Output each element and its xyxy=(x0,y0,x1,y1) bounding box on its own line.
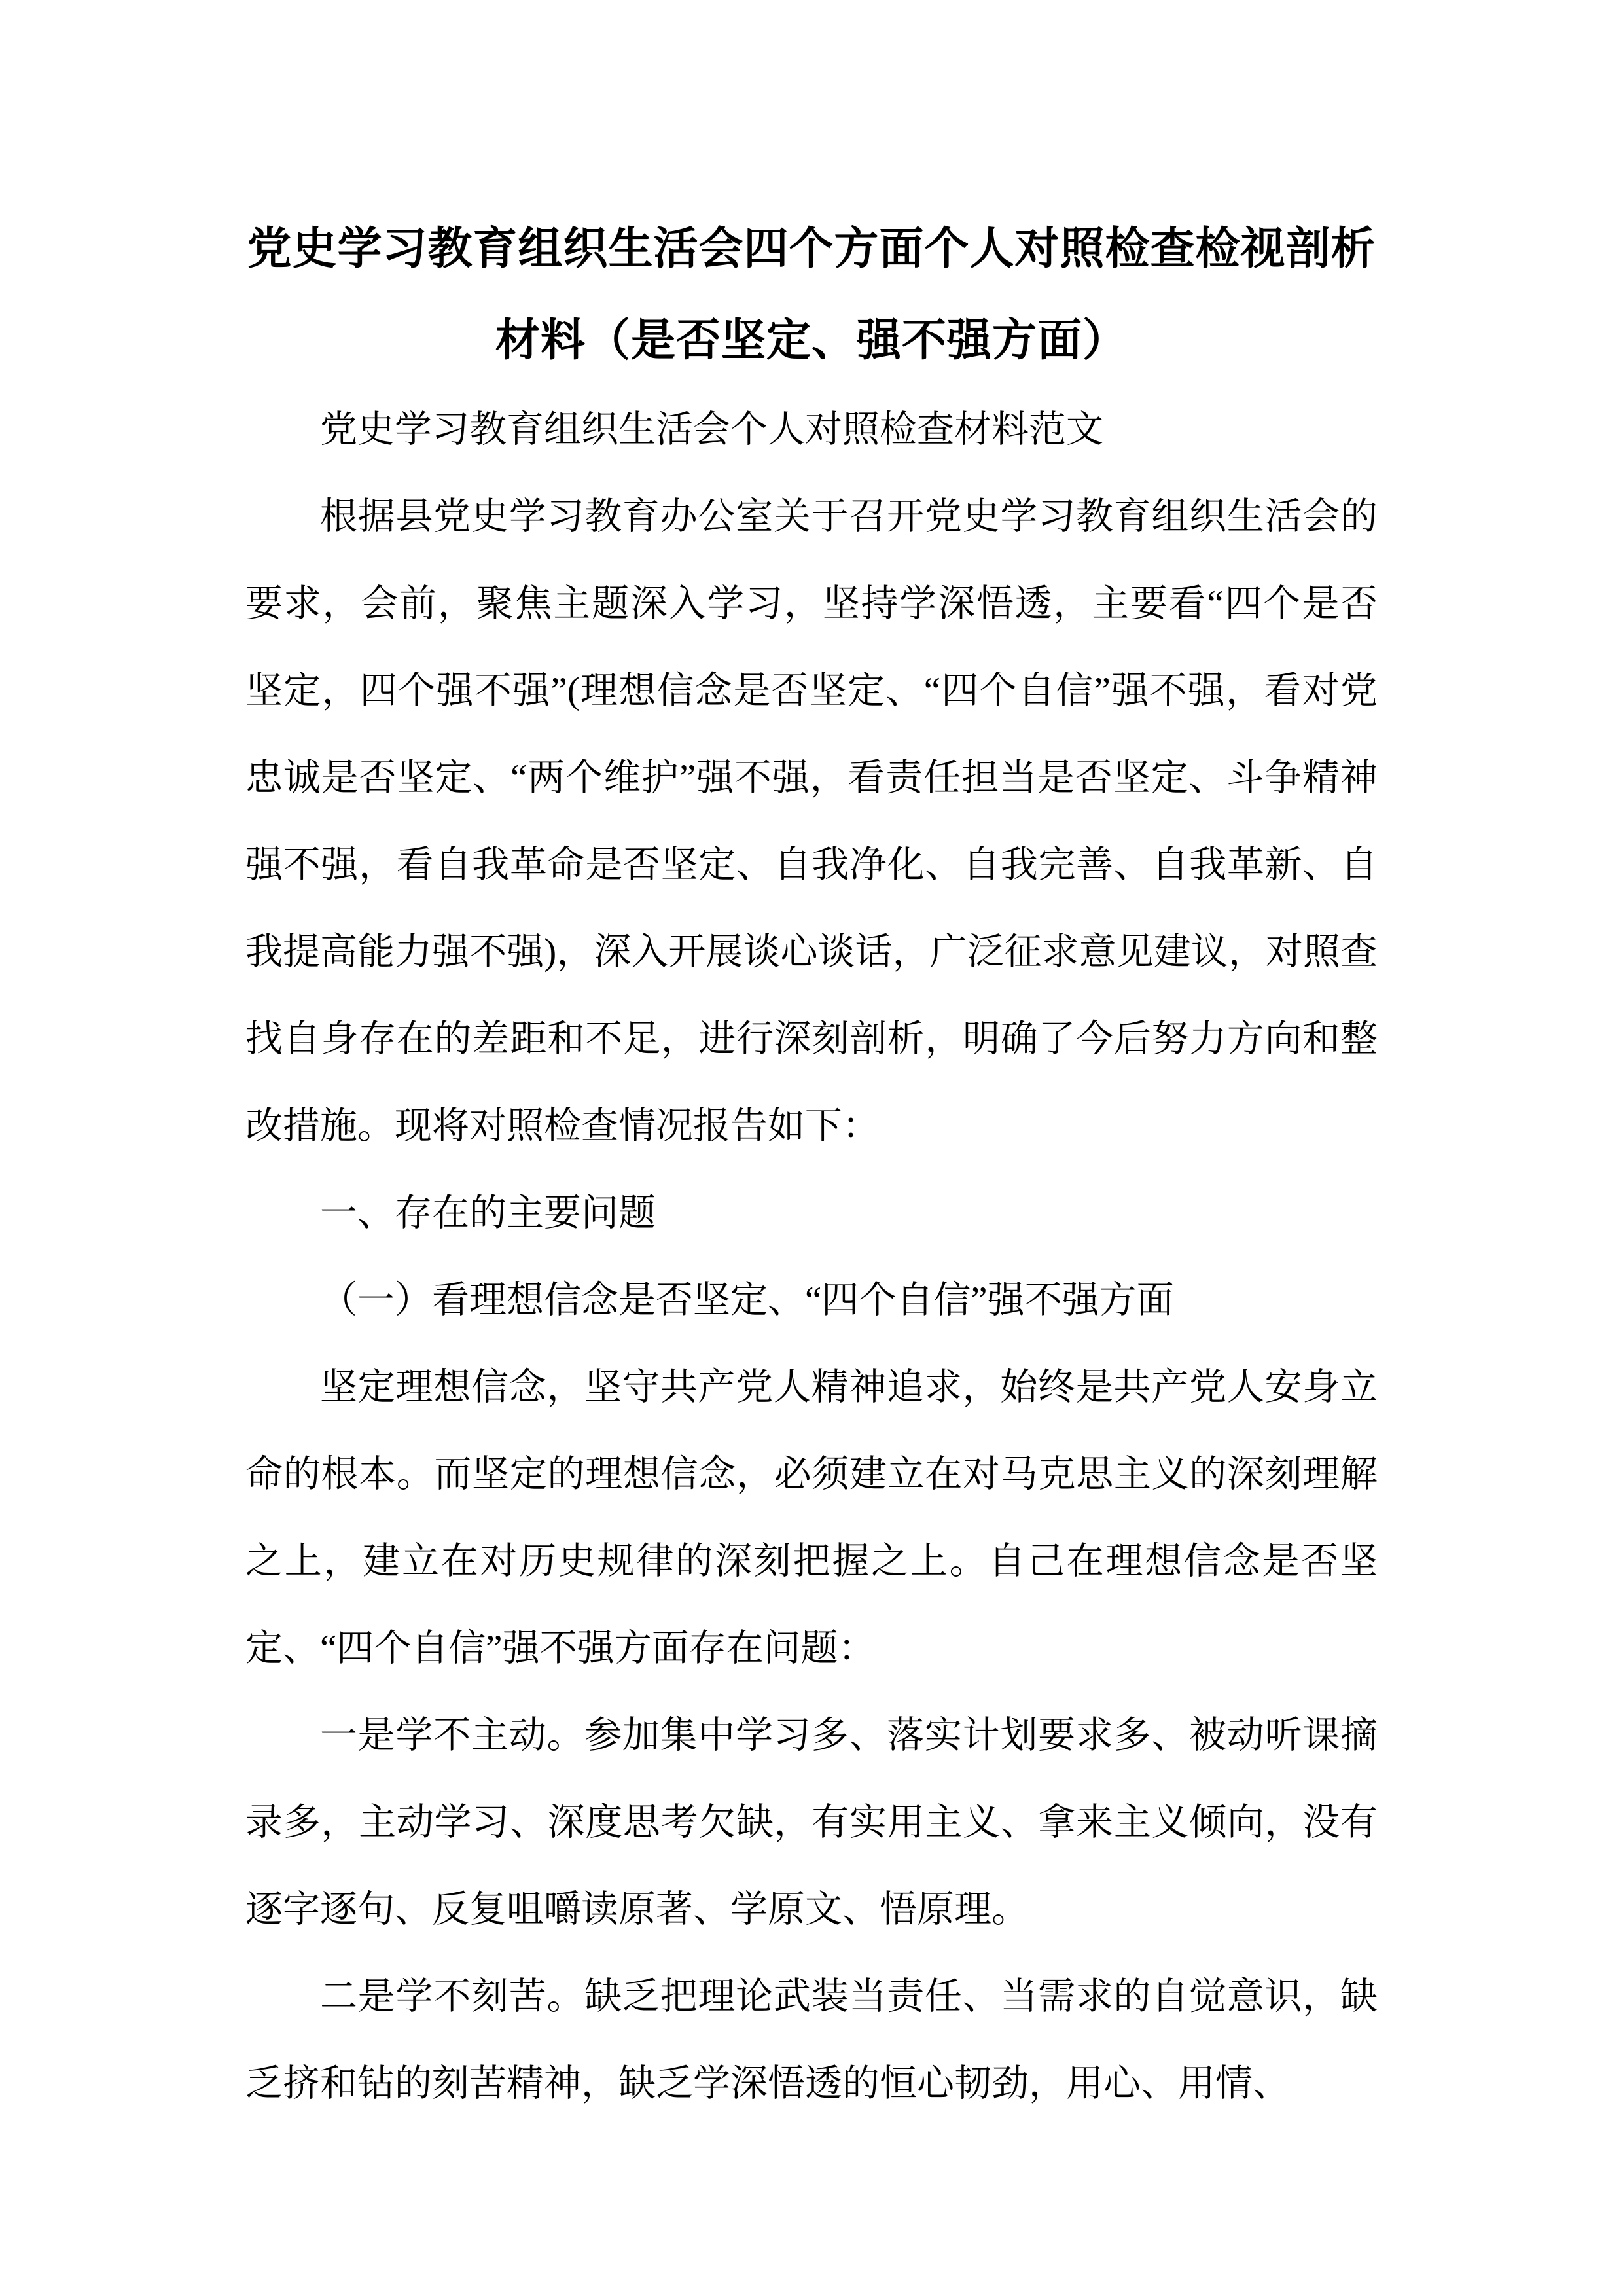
paragraph: 二是学不刻苦。缺乏把理论武装当责任、当需求的自觉意识，缺乏挤和钻的刻苦精神，缺乏… xyxy=(245,1953,1378,2127)
paragraph: 坚定理想信念，坚守共产党人精神追求，始终是共产党人安身立命的根本。而坚定的理想信… xyxy=(245,1344,1378,1692)
paragraph: 一、存在的主要问题 xyxy=(245,1170,1378,1257)
paragraph: 根据县党史学习教育办公室关于召开党史学习教育组织生活会的要求，会前，聚焦主题深入… xyxy=(245,473,1378,1170)
document-body: 党史学习教育组织生活会个人对照检查材料范文根据县党史学习教育办公室关于召开党史学… xyxy=(245,386,1378,2127)
document-title: 党史学习教育组织生活会四个方面个人对照检查检视剖析材料（是否坚定、强不强方面） xyxy=(245,203,1378,386)
paragraph: （一）看理想信念是否坚定、“四个自信”强不强方面 xyxy=(245,1257,1378,1344)
document-page: 党史学习教育组织生活会四个方面个人对照检查检视剖析材料（是否坚定、强不强方面） … xyxy=(0,0,1623,2296)
paragraph: 一是学不主动。参加集中学习多、落实计划要求多、被动听课摘录多，主动学习、深度思考… xyxy=(245,1692,1378,1953)
paragraph: 党史学习教育组织生活会个人对照检查材料范文 xyxy=(245,386,1378,473)
